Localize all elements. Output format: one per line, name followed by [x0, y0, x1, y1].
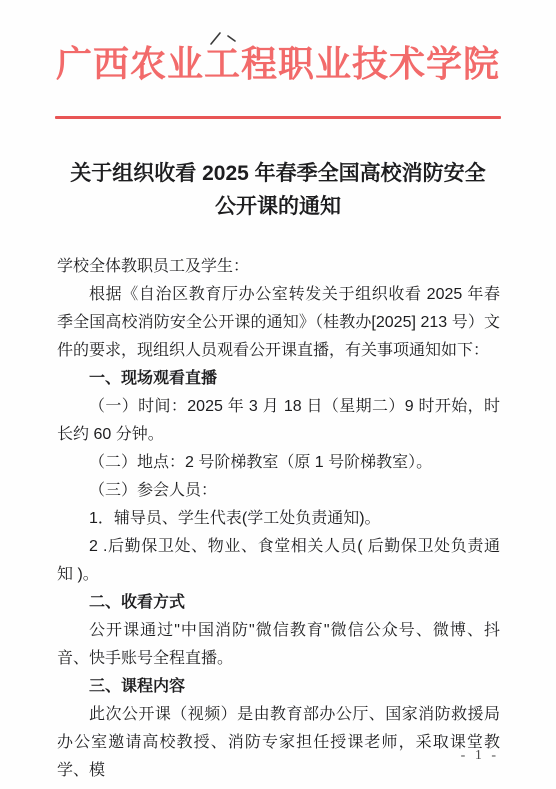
page-number: - 1 - [461, 748, 499, 764]
paragraph-attendees-2: 2 .后勤保卫处、物业、食堂相关人员( 后勤保卫处负责通知 )。 [57, 533, 500, 589]
section-heading-2: 二、收看方式 [57, 589, 500, 617]
document-title-line-2: 公开课的通知 [0, 190, 556, 223]
document-title-line-1: 关于组织收看 2025 年春季全国高校消防安全 [0, 157, 556, 190]
paragraph-time: （一）时间：2025 年 3 月 18 日（星期二）9 时开始，时长约 60 分… [57, 393, 500, 449]
section-heading-3: 三、课程内容 [57, 673, 500, 701]
paragraph-location: （二）地点：2 号阶梯教室（原 1 号阶梯教室）。 [57, 449, 500, 477]
paragraph-attendees-1: 1．辅导员、学生代表(学工处负责通知)。 [57, 505, 500, 533]
paragraph-broadcast: 公开课通过"中国消防"微信教育"微信公众号、微博、抖音、快手账号全程直播。 [57, 617, 500, 673]
document-page: 广西农业工程职业技术学院 关于组织收看 2025 年春季全国高校消防安全 公开课… [0, 0, 556, 789]
section-heading-1: 一、现场观看直播 [57, 365, 500, 393]
red-divider-line [55, 116, 501, 119]
salutation: 学校全体教职员工及学生： [57, 253, 500, 281]
document-body: 学校全体教职员工及学生： 根据《自治区教育厅办公室转发关于组织收看 2025 年… [0, 253, 556, 785]
paragraph-attendees-label: （三）参会人员： [57, 477, 500, 505]
paragraph-basis: 根据《自治区教育厅办公室转发关于组织收看 2025 年春季全国高校消防安全公开课… [57, 281, 500, 365]
pen-mark-icon [207, 30, 239, 48]
paragraph-course-content: 此次公开课（视频）是由教育部办公厅、国家消防救援局办公室邀请高校教授、消防专家担… [57, 701, 500, 785]
document-title: 关于组织收看 2025 年春季全国高校消防安全 公开课的通知 [0, 157, 556, 223]
letterhead-title: 广西农业工程职业技术学院 [0, 40, 556, 88]
